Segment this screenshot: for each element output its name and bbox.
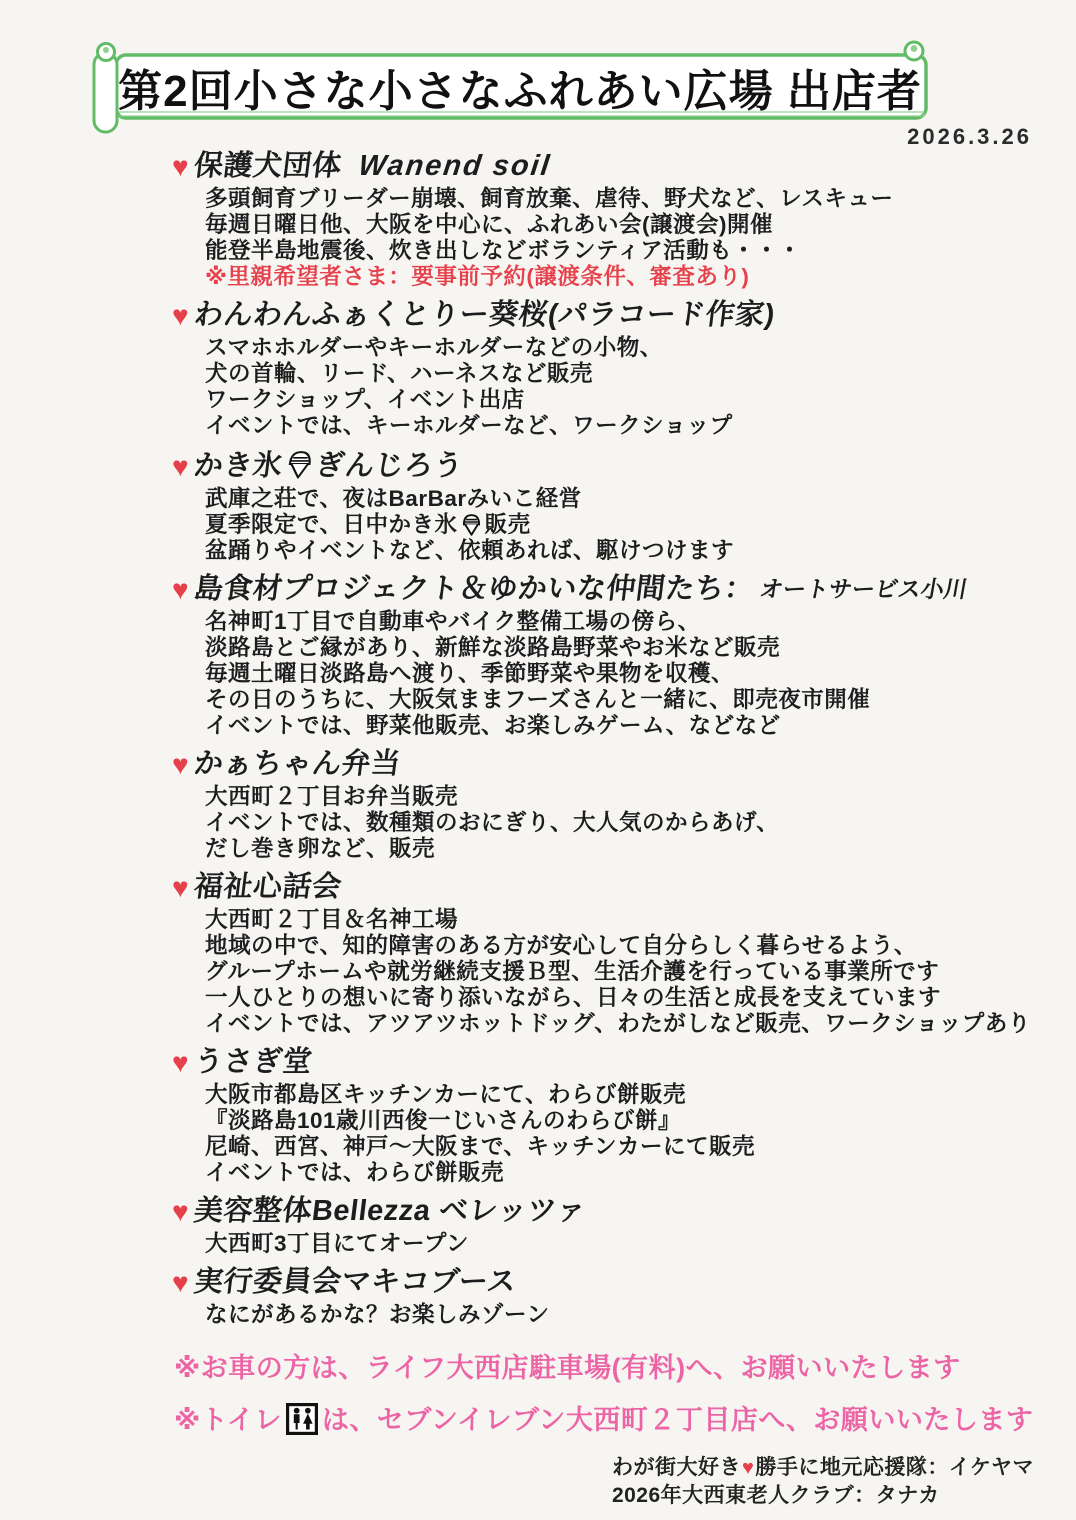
body-line: イベントでは、キーホルダーなど、ワークショップ [205,413,1012,439]
shaved-ice-icon [283,448,314,479]
section-title: わんわんふぁくとりー葵桜(パラコード作家) [192,299,777,332]
page-title: 第2回小さな小さなふれあい広場 出店者 [118,56,922,118]
section-title: かぁちゃん弁当 [192,748,403,781]
vendor-section-bellezza: ♥ 美容整体Bellezza ベレッツァ 大西町3丁目にてオープン [172,1195,1012,1257]
footer-line1-post: 勝手に地元応援隊：イケヤマ [755,1456,1034,1479]
body-line: 大西町3丁目にてオープン [205,1231,1012,1257]
footer-line-1: わが街大好き♥勝手に地元応援隊：イケヤマ [612,1454,1034,1482]
section-subtitle: オートサービス小川 [757,573,970,606]
section-title-post: ぎんじろう [313,450,464,482]
section-body: 名神町1丁目で自動車やバイク整備工場の傍ら、 淡路島とご縁があり、新鮮な淡路島野… [172,609,1012,739]
body-line: 淡路島とご縁があり、新鮮な淡路島野菜やお米など販売 [205,635,1012,661]
toilet-notice: ※トイレは、セブンイレブン大西町２丁目店へ、お願いいたします [174,1403,1034,1436]
heart-icon: ♥ [172,1046,189,1079]
section-body: 武庫之荘で、夜はBarBarみいこ経営 夏季限定で、日中かき氷販売 盆踊りやイベ… [172,486,1012,564]
event-date: 2026.3.26 [907,124,1032,150]
section-title: 福祉心話会 [192,871,344,904]
section-title: 美容整体Bellezza ベレッツァ [192,1195,588,1228]
vendor-section-kaachan: ♥ かぁちゃん弁当 大西町２丁目お弁当販売 イベントでは、数種類のおにぎり、大人… [172,748,1012,862]
section-body: 大西町２丁目＆名神工場 地域の中で、知的障害のある方が安心して自分らしく暮らせる… [172,907,1012,1037]
vendor-list: ♥ 保護犬団体 Wanend soil 多頭飼育ブリーダー崩壊、飼育放棄、虐待、… [172,150,1012,1337]
section-heading: ♥ 保護犬団体 Wanend soil [172,150,1012,183]
body-line: 能登半島地震後、炊き出しなどボランティア活動も・・・ [205,238,1012,264]
body-line: 夏季限定で、日中かき氷販売 [205,512,1012,538]
body-line: なにがあるかな？お楽しみゾーン [205,1302,1012,1328]
body-line: その日のうちに、大阪気ままフーズさんと一緒に、即売夜市開催 [205,687,1012,713]
body-line: 大西町２丁目＆名神工場 [205,907,1012,933]
heart-icon: ♥ [172,1266,189,1299]
section-body: スマホホルダーやキーホルダーなどの小物、 犬の首輪、リード、ハーネスなど販売 ワ… [172,335,1012,439]
body-line: イベントでは、アツアツホットドッグ、わたがしなど販売、ワークショップあり [205,1011,1012,1037]
section-heading: ♥ 実行委員会マキコブース [172,1266,1012,1299]
shaved-ice-icon [461,512,482,536]
heart-icon: ♥ [172,150,189,183]
section-heading: ♥ 福祉心話会 [172,871,1012,904]
toilet-notice-pre: ※トイレ [174,1405,282,1435]
toilet-notice-post: は、セブンイレブン大西町２丁目店へ、お願いいたします [322,1405,1034,1435]
body-line: だし巻き卵など、販売 [205,836,1012,862]
section-title: 保護犬団体 Wanend soil [192,150,553,183]
section-heading: ♥ かき氷ぎんじろう [172,448,1012,483]
heart-icon: ♥ [172,871,189,904]
vendor-section-hogoken: ♥ 保護犬団体 Wanend soil 多頭飼育ブリーダー崩壊、飼育放棄、虐待、… [172,150,1012,290]
restroom-icon [286,1403,318,1435]
notices: ※お車の方は、ライフ大西店駐車場(有料)へ、お願いいたします ※トイレは、セブン… [174,1352,1034,1436]
heart-icon: ♥ [742,1457,754,1479]
section-body: 大西町２丁目お弁当販売 イベントでは、数種類のおにぎり、大人気のからあげ、 だし… [172,784,1012,862]
heart-icon: ♥ [172,299,189,332]
body-line: スマホホルダーやキーホルダーなどの小物、 [205,335,1012,361]
body-line: 一人ひとりの想いに寄り添いながら、日々の生活と成長を支えています [205,985,1012,1011]
section-title: うさぎ堂 [192,1046,314,1079]
body-line: 犬の首輪、リード、ハーネスなど販売 [205,361,1012,387]
body-line: 『淡路島101歳川西俊一じいさんのわらび餅』 [205,1108,1012,1134]
vendor-section-fukushi: ♥ 福祉心話会 大西町２丁目＆名神工場 地域の中で、知的障害のある方が安心して自… [172,871,1012,1037]
body-line: イベントでは、わらび餅販売 [205,1160,1012,1186]
reservation-note: ※里親希望者さま：要事前予約(譲渡条件、審査あり) [205,264,1012,290]
section-heading: ♥ かぁちゃん弁当 [172,748,1012,781]
section-title-latin: Wanend soil [356,150,552,182]
vendor-section-jikko: ♥ 実行委員会マキコブース なにがあるかな？お楽しみゾーン [172,1266,1012,1328]
vendor-section-usagido: ♥ うさぎ堂 大阪市都島区キッチンカーにて、わらび餅販売 『淡路島101歳川西俊… [172,1046,1012,1186]
section-body: 大阪市都島区キッチンカーにて、わらび餅販売 『淡路島101歳川西俊一じいさんのわ… [172,1082,1012,1186]
flyer-page: 第2回小さな小さなふれあい広場 出店者 2026.3.26 ♥ 保護犬団体 Wa… [0,0,1076,1520]
body-line: 多頭飼育ブリーダー崩壊、飼育放棄、虐待、野犬など、レスキュー [205,186,1012,212]
body-line: 毎週土曜日淡路島へ渡り、季節野菜や果物を収穫、 [205,661,1012,687]
body-line: ワークショップ、イベント出店 [205,387,1012,413]
body-line: 尼崎、西宮、神戸～大阪まで、キッチンカーにて販売 [205,1134,1012,1160]
vendor-section-shima: ♥ 島食材プロジェクト＆ゆかいな仲間たち： オートサービス小川 名神町1丁目で自… [172,573,1012,739]
parking-notice: ※お車の方は、ライフ大西店駐車場(有料)へ、お願いいたします [174,1352,1034,1384]
section-body: なにがあるかな？お楽しみゾーン [172,1302,1012,1328]
section-body: 多頭飼育ブリーダー崩壊、飼育放棄、虐待、野犬など、レスキュー 毎週日曜日他、大阪… [172,186,1012,290]
heart-icon: ♥ [172,450,189,483]
section-title: 島食材プロジェクト＆ゆかいな仲間たち： [192,573,756,606]
body-line: 盆踊りやイベントなど、依頼あれば、駆けつけます [205,538,1012,564]
body-line-post: 販売 [485,512,531,537]
footer-credits: わが街大好き♥勝手に地元応援隊：イケヤマ 2026年大西東老人クラブ：タナカ [612,1454,1034,1510]
section-title-jp: 保護犬団体 [192,150,343,182]
body-line: グループホームや就労継続支援Ｂ型、生活介護を行っている事業所です [205,959,1012,985]
heart-icon: ♥ [172,1195,189,1228]
footer-line-2: 2026年大西東老人クラブ：タナカ [612,1482,1034,1510]
section-heading: ♥ うさぎ堂 [172,1046,1012,1079]
body-line: 地域の中で、知的障害のある方が安心して自分らしく暮らせるよう、 [205,933,1012,959]
section-title-pre: かき氷 [192,450,284,482]
section-title: 実行委員会マキコブース [192,1266,518,1299]
section-heading: ♥ 島食材プロジェクト＆ゆかいな仲間たち： オートサービス小川 [172,573,1012,606]
body-line: 大西町２丁目お弁当販売 [205,784,1012,810]
body-line: 毎週日曜日他、大阪を中心に、ふれあい会(譲渡会)開催 [205,212,1012,238]
section-heading: ♥ わんわんふぁくとりー葵桜(パラコード作家) [172,299,1012,332]
heart-icon: ♥ [172,573,189,606]
section-heading: ♥ 美容整体Bellezza ベレッツァ [172,1195,1012,1228]
body-line: 名神町1丁目で自動車やバイク整備工場の傍ら、 [205,609,1012,635]
heart-icon: ♥ [172,748,189,781]
body-line: イベントでは、野菜他販売、お楽しみゲーム、などなど [205,713,1012,739]
body-line: 武庫之荘で、夜はBarBarみいこ経営 [205,486,1012,512]
vendor-section-kakigori: ♥ かき氷ぎんじろう 武庫之荘で、夜はBarBarみいこ経営 夏季限定で、日中か… [172,448,1012,564]
body-line: 大阪市都島区キッチンカーにて、わらび餅販売 [205,1082,1012,1108]
vendor-section-wanwan: ♥ わんわんふぁくとりー葵桜(パラコード作家) スマホホルダーやキーホルダーなど… [172,299,1012,439]
section-body: 大西町3丁目にてオープン [172,1231,1012,1257]
footer-line1-pre: わが街大好き [612,1456,741,1479]
body-line: イベントでは、数種類のおにぎり、大人気のからあげ、 [205,810,1012,836]
body-line-pre: 夏季限定で、日中かき氷 [205,512,458,537]
title-banner: 第2回小さな小さなふれあい広場 出店者 [88,36,950,140]
section-title: かき氷ぎんじろう [191,448,464,483]
